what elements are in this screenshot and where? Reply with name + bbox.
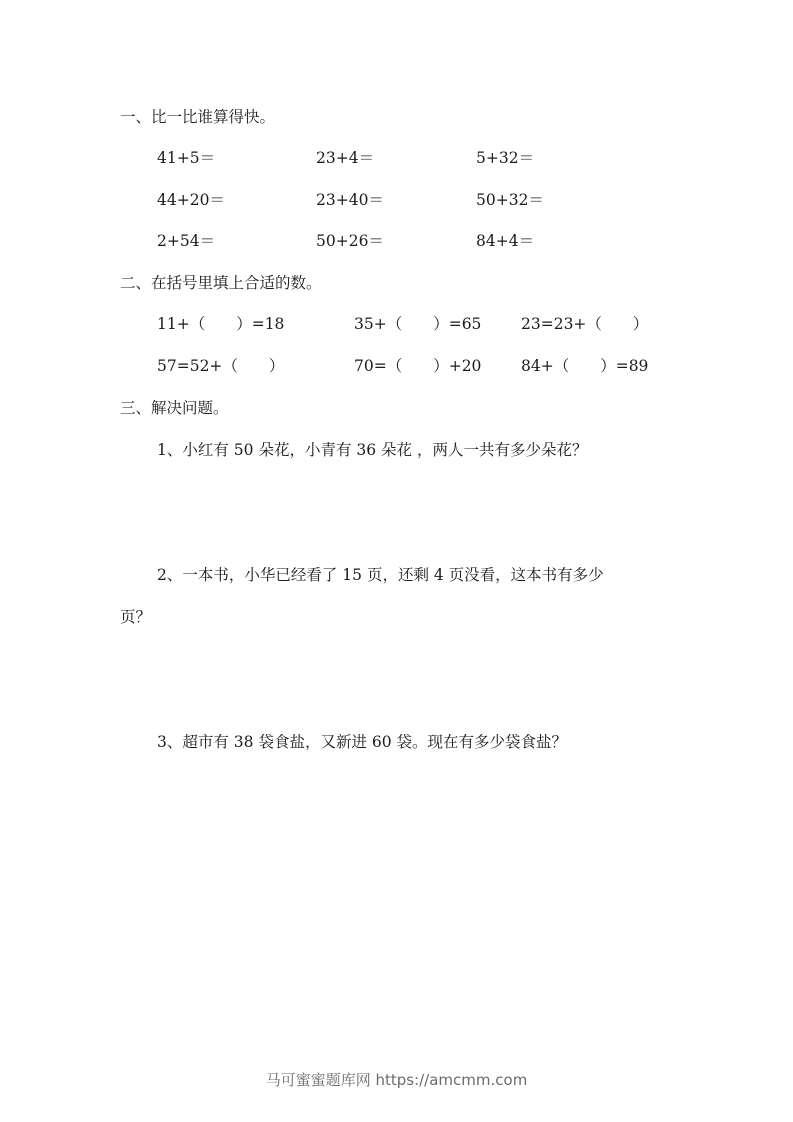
exercise-1-9: 84+4＝ (476, 231, 534, 251)
exercise-1-4: 44+20＝ (157, 190, 225, 210)
fill-blank-3: 23=23+（ ） (521, 314, 648, 334)
fill-blank-5: 70=（ ）+20 (354, 356, 481, 376)
exercise-1-5: 23+40＝ (316, 190, 384, 210)
word-problem-3: 3、超市有 38 袋食盐，又新进 60 袋。现在有多少袋食盐？ (157, 732, 567, 752)
fill-blank-2: 35+（ ）=65 (354, 314, 481, 334)
exercise-1-6: 50+32＝ (476, 190, 544, 210)
fill-blank-1: 11+（ ）=18 (157, 314, 284, 334)
word-problem-2-continuation: 页？ (120, 607, 151, 627)
exercise-1-1: 41+5＝ (157, 148, 215, 168)
fill-blank-4: 57=52+（ ） (157, 356, 284, 376)
exercise-1-7: 2+54＝ (157, 231, 215, 251)
fill-blank-6: 84+（ ）=89 (521, 356, 648, 376)
exercise-1-3: 5+32＝ (476, 148, 534, 168)
section-2-heading: 二、在括号里填上合适的数。 (120, 273, 322, 293)
footer-watermark: 马可蜜蜜题库网 https://amcmm.com (0, 1070, 793, 1090)
section-3-heading: 三、解决问题。 (120, 398, 229, 418)
word-problem-2: 2、一本书，小华已经看了 15 页，还剩 4 页没看，这本书有多少 (157, 565, 604, 585)
word-problem-1: 1、小红有 50 朵花，小青有 36 朵花 ，两人一共有多少朵花？ (157, 440, 587, 460)
exercise-1-8: 50+26＝ (316, 231, 384, 251)
section-1-heading: 一、比一比谁算得快。 (120, 107, 275, 127)
exercise-1-2: 23+4＝ (316, 148, 374, 168)
